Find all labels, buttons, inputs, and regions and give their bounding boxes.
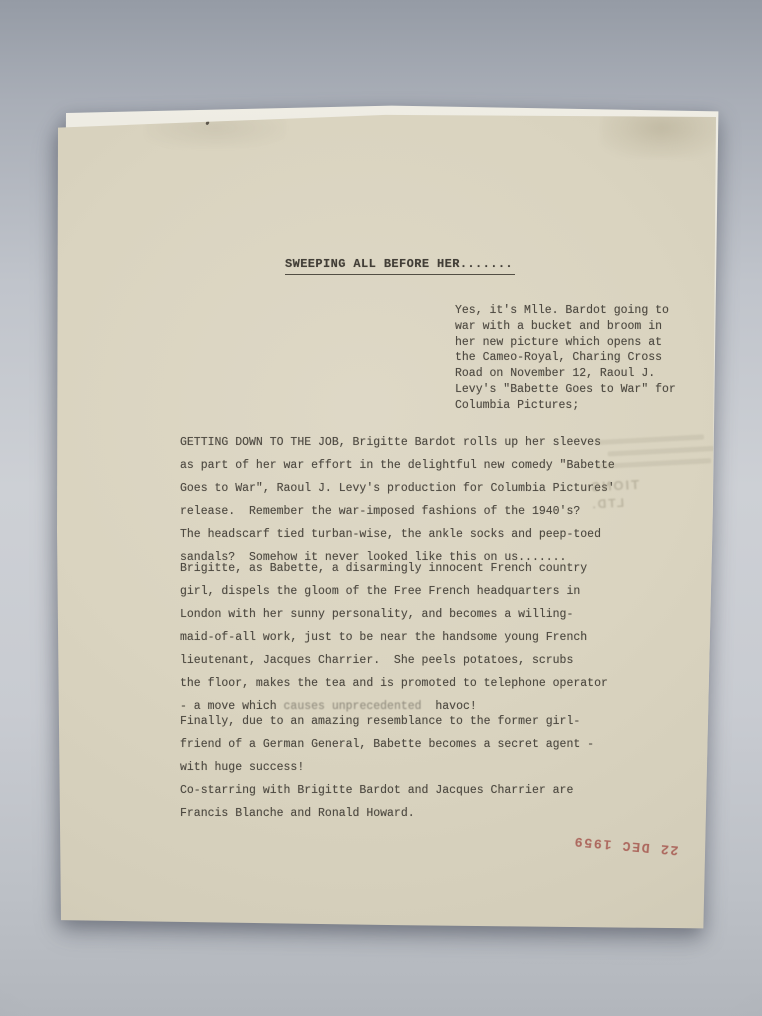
caption-line: her new picture which opens at — [455, 335, 676, 351]
body-line: as part of her war effort in the delight… — [180, 454, 615, 477]
body-line: Co-starring with Brigitte Bardot and Jac… — [180, 779, 573, 802]
body-paragraph-1: GETTING DOWN TO THE JOB, Brigitte Bardot… — [180, 431, 615, 569]
ghost-stamp-ink-transfer: TIONS LTD. — [587, 427, 727, 530]
body-paragraph-3: Finally, due to an amazing resemblance t… — [180, 710, 594, 779]
body-paragraph-4: Co-starring with Brigitte Bardot and Jac… — [180, 779, 573, 825]
intro-caption-paragraph: Yes, it's Mlle. Bardot going to war with… — [455, 303, 676, 414]
paper-stack: SWEEPING ALL BEFORE HER....... Yes, it's… — [0, 0, 762, 1016]
body-line: lieutenant, Jacques Charrier. She peels … — [180, 649, 608, 672]
caption-line: war with a bucket and broom in — [455, 319, 676, 335]
ghost-stamp-blur-line — [595, 434, 704, 445]
body-line: Finally, due to an amazing resemblance t… — [180, 710, 594, 733]
body-line: The headscarf tied turban-wise, the ankl… — [180, 523, 615, 546]
caption-line: Road on November 12, Raoul J. — [455, 366, 676, 382]
body-line: Goes to War", Raoul J. Levy's production… — [180, 477, 615, 500]
body-line: London with her sunny personality, and b… — [180, 603, 608, 626]
caption-line: Columbia Pictures; — [455, 398, 676, 414]
body-line: Francis Blanche and Ronald Howard. — [180, 802, 573, 825]
body-line: Brigitte, as Babette, a disarmingly inno… — [180, 557, 608, 580]
ghost-stamp-blur-line — [608, 446, 719, 457]
body-paragraph-2: Brigitte, as Babette, a disarmingly inno… — [180, 557, 608, 718]
document-title: SWEEPING ALL BEFORE HER....... — [285, 257, 515, 275]
caption-line: Levy's "Babette Goes to War" for — [455, 382, 676, 398]
press-release-page: SWEEPING ALL BEFORE HER....... Yes, it's… — [56, 112, 722, 935]
caption-line: the Cameo-Royal, Charing Cross — [455, 350, 676, 366]
ghost-stamp-blur-line — [596, 458, 711, 469]
caption-line: Yes, it's Mlle. Bardot going to — [455, 303, 676, 319]
body-line: with huge success! — [180, 756, 594, 779]
date-stamp: 22 DEC 1959 — [561, 831, 692, 857]
body-line: the floor, makes the tea and is promoted… — [180, 672, 608, 695]
paper-stain — [601, 98, 721, 158]
body-line: GETTING DOWN TO THE JOB, Brigitte Bardot… — [180, 431, 615, 454]
body-line: friend of a German General, Babette beco… — [180, 733, 594, 756]
body-line: maid-of-all work, just to be near the ha… — [180, 626, 608, 649]
body-line: release. Remember the war-imposed fashio… — [180, 500, 615, 523]
ghost-stamp-fragment: LTD. — [590, 490, 726, 511]
body-line: girl, dispels the gloom of the Free Fren… — [180, 580, 608, 603]
